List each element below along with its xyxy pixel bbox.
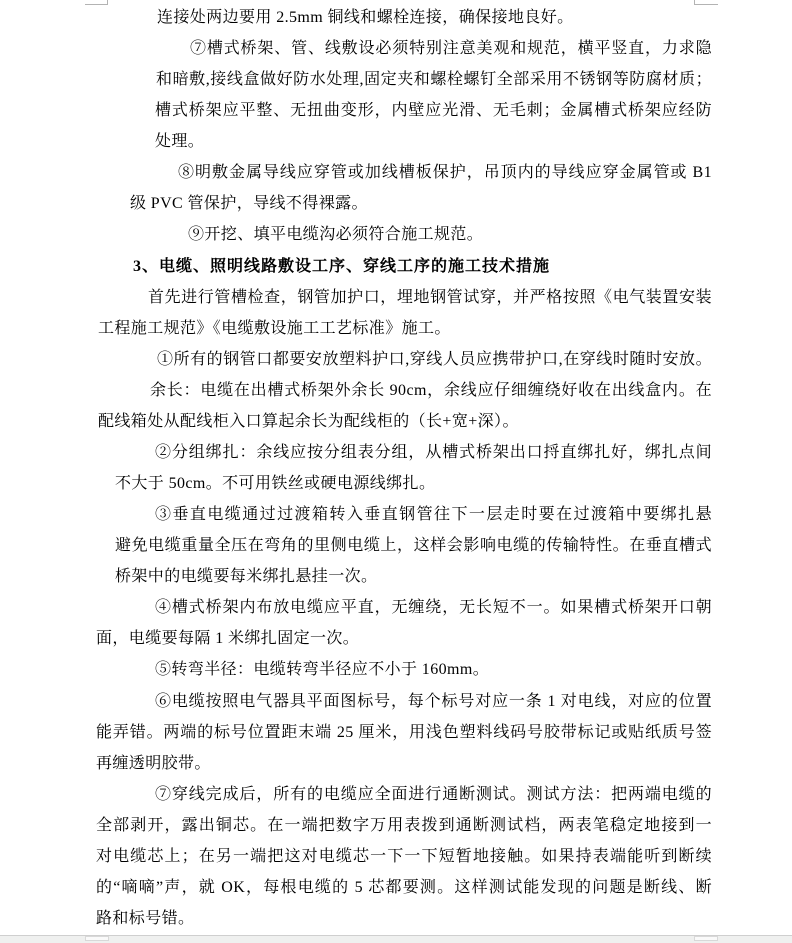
text-line-10: 首先进行管槽检查，钢管加护口，埋地钢管试穿，并严格按照《电气装置安装 [148, 282, 712, 313]
text-line-4: 槽式桥架应平整、无扭曲变形，内壁应光滑、无毛刺；金属槽式桥架应经防腐 [155, 95, 712, 126]
document-page: 连接处两边要用 2.5mm 铜线和螺栓连接，确保接地良好。⑦槽式桥架、管、线敷设… [0, 0, 792, 943]
text-line-11: 工程施工规范》《电缆敷设施工工艺标准》施工。 [98, 313, 451, 344]
text-line-18: 避免电缆重量全压在弯角的里侧电缆上，这样会影响电缆的传输特性。在垂直槽式 [115, 530, 712, 561]
text-line-2: ⑦槽式桥架、管、线敷设必须特别注意美观和规范，横平竖直，力求隐蔽 [190, 33, 712, 64]
text-line-8: ⑨开挖、填平电缆沟必须符合施工规范。 [188, 219, 483, 250]
crop-mark-top-left-vertical [107, 0, 108, 5]
text-line-23: ⑥电缆按照电气器具平面图标号，每个标号对应一条 1 对电线，对应的位置不 [155, 686, 712, 717]
text-line-14: 配线箱处从配线柜入口算起余长为配线柜的（长+宽+深）。 [98, 406, 519, 437]
text-line-29: 的“嘀嘀”声，就 OK，每根电缆的 5 芯都要测。这样测试能发现的问题是断线、断 [96, 872, 712, 903]
text-line-7: 级 PVC 管保护，导线不得裸露。 [130, 188, 368, 219]
text-line-22: ⑤转弯半径：电缆转弯半径应不小于 160mm。 [155, 654, 489, 685]
text-line-12: ①所有的钢管口都要安放塑料护口,穿线人员应携带护口,在穿线时随时安放。 [157, 344, 712, 375]
crop-mark-bottom-left [85, 936, 109, 941]
text-line-13: 余长：电缆在出槽式桥架外余长 90cm，余线应仔细缠绕好收在出线盒内。在 [150, 375, 712, 406]
text-line-6: ⑧明敷金属导线应穿管或加线槽板保护，吊顶内的导线应穿金属管或 B1 [178, 157, 712, 188]
text-line-15: ②分组绑扎：余线应按分组表分组，从槽式桥架出口捋直绑扎好，绑扎点间距 [155, 437, 712, 468]
text-line-17: ③垂直电缆通过过渡箱转入垂直钢管往下一层走时要在过渡箱中要绑扎悬挂， [155, 499, 712, 530]
text-line-24: 能弄错。两端的标号位置距末端 25 厘米，用浅色塑料线码号胶带标记或贴纸质号签 [96, 717, 712, 748]
crop-mark-top-left-horizontal [85, 4, 108, 5]
text-line-26: ⑦穿线完成后，所有的电缆应全面进行通断测试。测试方法：把两端电缆的芯 [155, 779, 712, 810]
text-line-19: 桥架中的电缆要每米绑扎悬挂一次。 [115, 561, 377, 592]
page-bottom-strip[interactable] [0, 935, 792, 943]
text-line-3: 和暗敷,接线盒做好防水处理,固定夹和螺栓螺钉全部采用不锈钢等防腐材质； [156, 64, 712, 95]
text-line-28: 对电缆芯上；在另一端把这对电缆芯一下一下短暂地接触。如果持表端能听到断续 [96, 841, 712, 872]
text-line-25: 再缠透明胶带。 [96, 748, 211, 779]
text-line-16: 不大于 50cm。不可用铁丝或硬电源线绑扎。 [115, 468, 435, 499]
crop-mark-top-right-horizontal [694, 4, 718, 5]
text-line-20: ④槽式桥架内布放电缆应平直，无缠绕，无长短不一。如果槽式桥架开口朝侧 [155, 592, 712, 623]
text-line-5: 处理。 [155, 126, 204, 157]
text-line-1: 连接处两边要用 2.5mm 铜线和螺栓连接，确保接地良好。 [157, 2, 574, 33]
crop-mark-top-right-vertical [694, 0, 695, 5]
text-line-21: 面，电缆要每隔 1 米绑扎固定一次。 [96, 623, 359, 654]
text-line-27: 全部剥开，露出铜芯。在一端把数字万用表拨到通断测试档，两表笔稳定地接到一 [96, 810, 712, 841]
text-line-30: 路和标号错。 [96, 903, 194, 934]
section-heading: 3、电缆、照明线路敷设工序、穿线工序的施工技术措施 [133, 251, 550, 282]
crop-mark-bottom-right [694, 936, 718, 941]
